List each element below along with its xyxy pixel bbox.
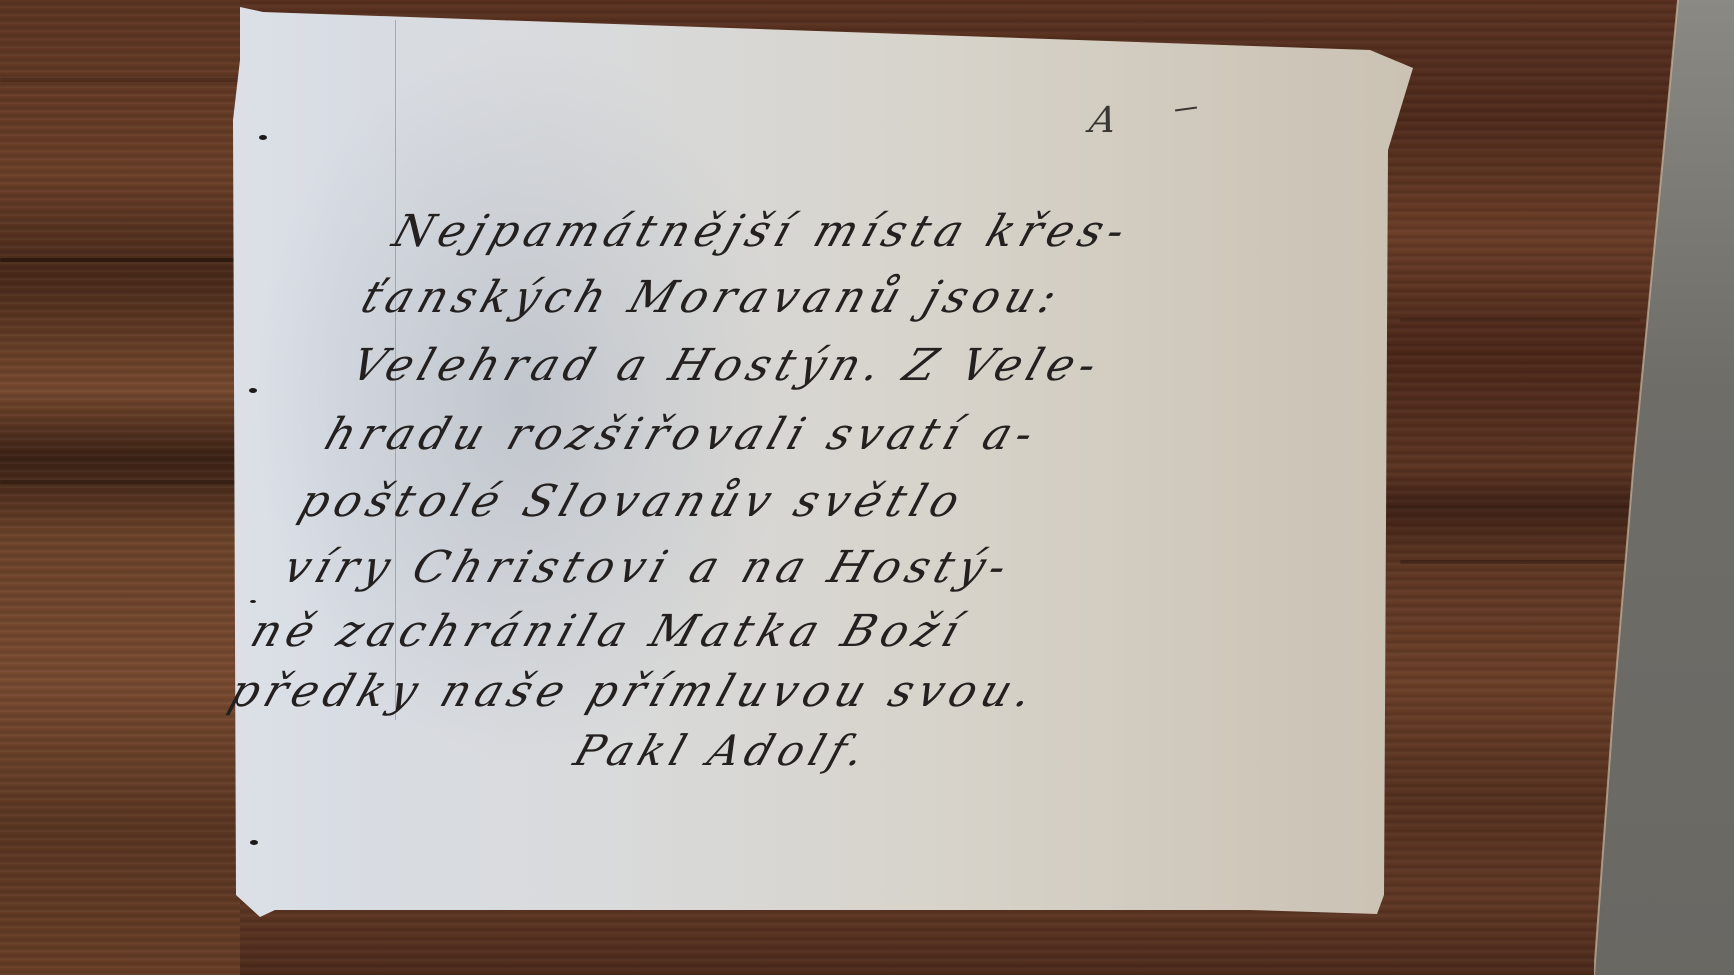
punch-hole bbox=[250, 600, 256, 603]
text-line-6: víry Christovi a na Hostý- bbox=[278, 546, 1018, 590]
photo-scene: A Nejpamátnější místa křes- ťanských Mor… bbox=[0, 0, 1734, 975]
text-line-7: ně zachránila Matka Boží bbox=[245, 610, 970, 654]
text-line-5: poštolé Slovanův světlo bbox=[294, 480, 971, 524]
punch-hole bbox=[250, 840, 258, 845]
text-line-1: Nejpamátnější místa křes- bbox=[387, 210, 1136, 254]
text-line-8: předky naše přímluvou svou. bbox=[224, 670, 1044, 714]
signature: Pakl Adolf. bbox=[569, 730, 876, 772]
text-line-4: hradu rozšiřovali svatí a- bbox=[319, 413, 1044, 457]
text-line-3: Velehrad a Hostýn. Z Vele- bbox=[346, 344, 1108, 388]
text-line-2: ťanských Moravanů jsou: bbox=[356, 276, 1068, 320]
paper-sheet: A Nejpamátnější místa křes- ťanských Mor… bbox=[0, 0, 1734, 975]
punch-hole bbox=[249, 388, 257, 393]
punch-hole bbox=[259, 135, 267, 140]
